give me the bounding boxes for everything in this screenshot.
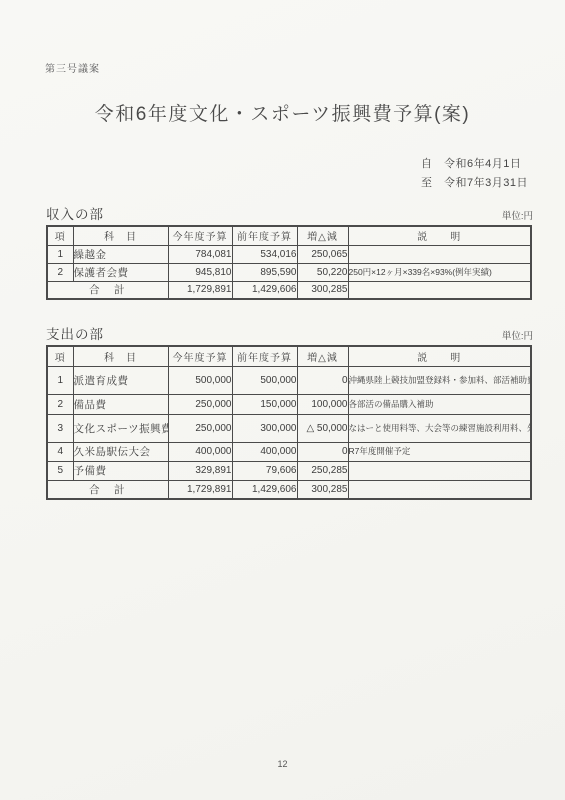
col-header-description: 説 明 xyxy=(348,346,531,366)
total-label: 合 計 xyxy=(47,480,168,499)
fiscal-period-block: 自 令和6年4月1日 至 令和7年3月31日 xyxy=(421,155,528,193)
total-previous: 1,429,606 xyxy=(232,281,297,299)
expense-row-1: 1 派遣育成費 500,000 500,000 0 沖縄県陸上競技加盟登録料・参… xyxy=(47,366,531,394)
col-header-difference: 増△減 xyxy=(297,226,348,245)
row-diff: 250,285 xyxy=(297,461,348,480)
col-header-description: 説 明 xyxy=(348,226,531,245)
total-note xyxy=(348,281,531,299)
income-table: 項 科 目 今年度予算 前年度予算 増△減 説 明 1 繰越金 784,081 … xyxy=(46,225,532,300)
row-current: 784,081 xyxy=(168,245,232,263)
col-header-difference: 増△減 xyxy=(297,346,348,366)
row-item: 久米島駅伝大会 xyxy=(73,442,168,461)
row-current: 250,000 xyxy=(168,414,232,442)
period-start-date: 自 令和6年4月1日 xyxy=(421,155,528,174)
row-note: 250円×12ヶ月×339名×93%(例年実績) xyxy=(348,263,531,281)
income-header-row: 項 科 目 今年度予算 前年度予算 増△減 説 明 xyxy=(47,226,531,245)
col-header-item-no: 項 xyxy=(47,346,73,366)
row-no: 1 xyxy=(47,245,73,263)
row-previous: 534,016 xyxy=(232,245,297,263)
income-section-header: 収入の部 単位:円 xyxy=(46,203,533,223)
expense-unit-label: 単位:円 xyxy=(502,328,533,343)
col-header-category: 科 目 xyxy=(73,226,168,245)
col-header-current-budget: 今年度予算 xyxy=(168,346,232,366)
page-title: 令和6年度文化・スポーツ振興費予算(案) xyxy=(0,99,565,126)
col-header-item-no: 項 xyxy=(47,226,73,245)
expense-total-row: 合 計 1,729,891 1,429,606 300,285 xyxy=(47,480,531,499)
total-diff: 300,285 xyxy=(297,281,348,299)
col-header-previous-budget: 前年度予算 xyxy=(232,346,297,366)
row-diff: △ 50,000 xyxy=(297,414,348,442)
expense-row-4: 4 久米島駅伝大会 400,000 400,000 0 R7年度開催予定 xyxy=(47,442,531,461)
col-header-previous-budget: 前年度予算 xyxy=(232,226,297,245)
total-current: 1,729,891 xyxy=(168,480,232,499)
row-previous: 500,000 xyxy=(232,366,297,394)
row-item: 繰越金 xyxy=(73,245,168,263)
total-current: 1,729,891 xyxy=(168,281,232,299)
row-item: 派遣育成費 xyxy=(73,366,168,394)
row-current: 250,000 xyxy=(168,394,232,414)
row-current: 945,810 xyxy=(168,263,232,281)
row-note: なはーと使用料等、大会等の練習施設利用料、外部コーチ保険料等 xyxy=(348,414,531,442)
row-current: 329,891 xyxy=(168,461,232,480)
col-header-current-budget: 今年度予算 xyxy=(168,226,232,245)
row-no: 2 xyxy=(47,394,73,414)
total-diff: 300,285 xyxy=(297,480,348,499)
row-note: 各部活の備品購入補助 xyxy=(348,394,531,414)
row-note xyxy=(348,245,531,263)
row-no: 3 xyxy=(47,414,73,442)
expense-section-header: 支出の部 単位:円 xyxy=(46,323,533,343)
row-no: 2 xyxy=(47,263,73,281)
row-previous: 895,590 xyxy=(232,263,297,281)
total-label: 合 計 xyxy=(47,281,168,299)
row-item: 文化スポーツ振興費 xyxy=(73,414,168,442)
page-number: 12 xyxy=(0,759,565,769)
income-section: 収入の部 単位:円 項 科 目 今年度予算 前年度予算 増△減 説 明 xyxy=(46,203,533,300)
expense-row-2: 2 備品費 250,000 150,000 100,000 各部活の備品購入補助 xyxy=(47,394,531,414)
income-row-2: 2 保護者会費 945,810 895,590 50,220 250円×12ヶ月… xyxy=(47,263,531,281)
row-previous: 400,000 xyxy=(232,442,297,461)
income-row-1: 1 繰越金 784,081 534,016 250,065 xyxy=(47,245,531,263)
period-end-date: 至 令和7年3月31日 xyxy=(421,174,528,193)
row-diff: 250,065 xyxy=(297,245,348,263)
row-diff: 0 xyxy=(297,366,348,394)
row-no: 4 xyxy=(47,442,73,461)
row-current: 500,000 xyxy=(168,366,232,394)
expense-row-3: 3 文化スポーツ振興費 250,000 300,000 △ 50,000 なはー… xyxy=(47,414,531,442)
row-note: R7年度開催予定 xyxy=(348,442,531,461)
row-previous: 300,000 xyxy=(232,414,297,442)
row-diff: 100,000 xyxy=(297,394,348,414)
row-diff: 0 xyxy=(297,442,348,461)
expense-section-title: 支出の部 xyxy=(46,323,104,343)
row-previous: 79,606 xyxy=(232,461,297,480)
income-section-title: 収入の部 xyxy=(46,203,104,223)
row-note: 沖縄県陸上競技加盟登録料・参加料、部活補助費など xyxy=(348,366,531,394)
scanned-budget-document-page: 第三号議案 令和6年度文化・スポーツ振興費予算(案) 自 令和6年4月1日 至 … xyxy=(0,0,565,800)
row-no: 1 xyxy=(47,366,73,394)
row-item: 予備費 xyxy=(73,461,168,480)
income-total-row: 合 計 1,729,891 1,429,606 300,285 xyxy=(47,281,531,299)
total-note xyxy=(348,480,531,499)
expense-section: 支出の部 単位:円 項 科 目 今年度予算 前年度予算 増△減 説 明 xyxy=(46,323,533,500)
row-diff: 50,220 xyxy=(297,263,348,281)
row-no: 5 xyxy=(47,461,73,480)
proposal-number-label: 第三号議案 xyxy=(45,60,100,75)
expense-row-5: 5 予備費 329,891 79,606 250,285 xyxy=(47,461,531,480)
row-note xyxy=(348,461,531,480)
expense-table: 項 科 目 今年度予算 前年度予算 増△減 説 明 1 派遣育成費 500,00… xyxy=(46,345,532,500)
row-current: 400,000 xyxy=(168,442,232,461)
row-previous: 150,000 xyxy=(232,394,297,414)
total-previous: 1,429,606 xyxy=(232,480,297,499)
expense-header-row: 項 科 目 今年度予算 前年度予算 増△減 説 明 xyxy=(47,346,531,366)
income-unit-label: 単位:円 xyxy=(502,208,533,223)
row-item: 保護者会費 xyxy=(73,263,168,281)
row-item: 備品費 xyxy=(73,394,168,414)
col-header-category: 科 目 xyxy=(73,346,168,366)
